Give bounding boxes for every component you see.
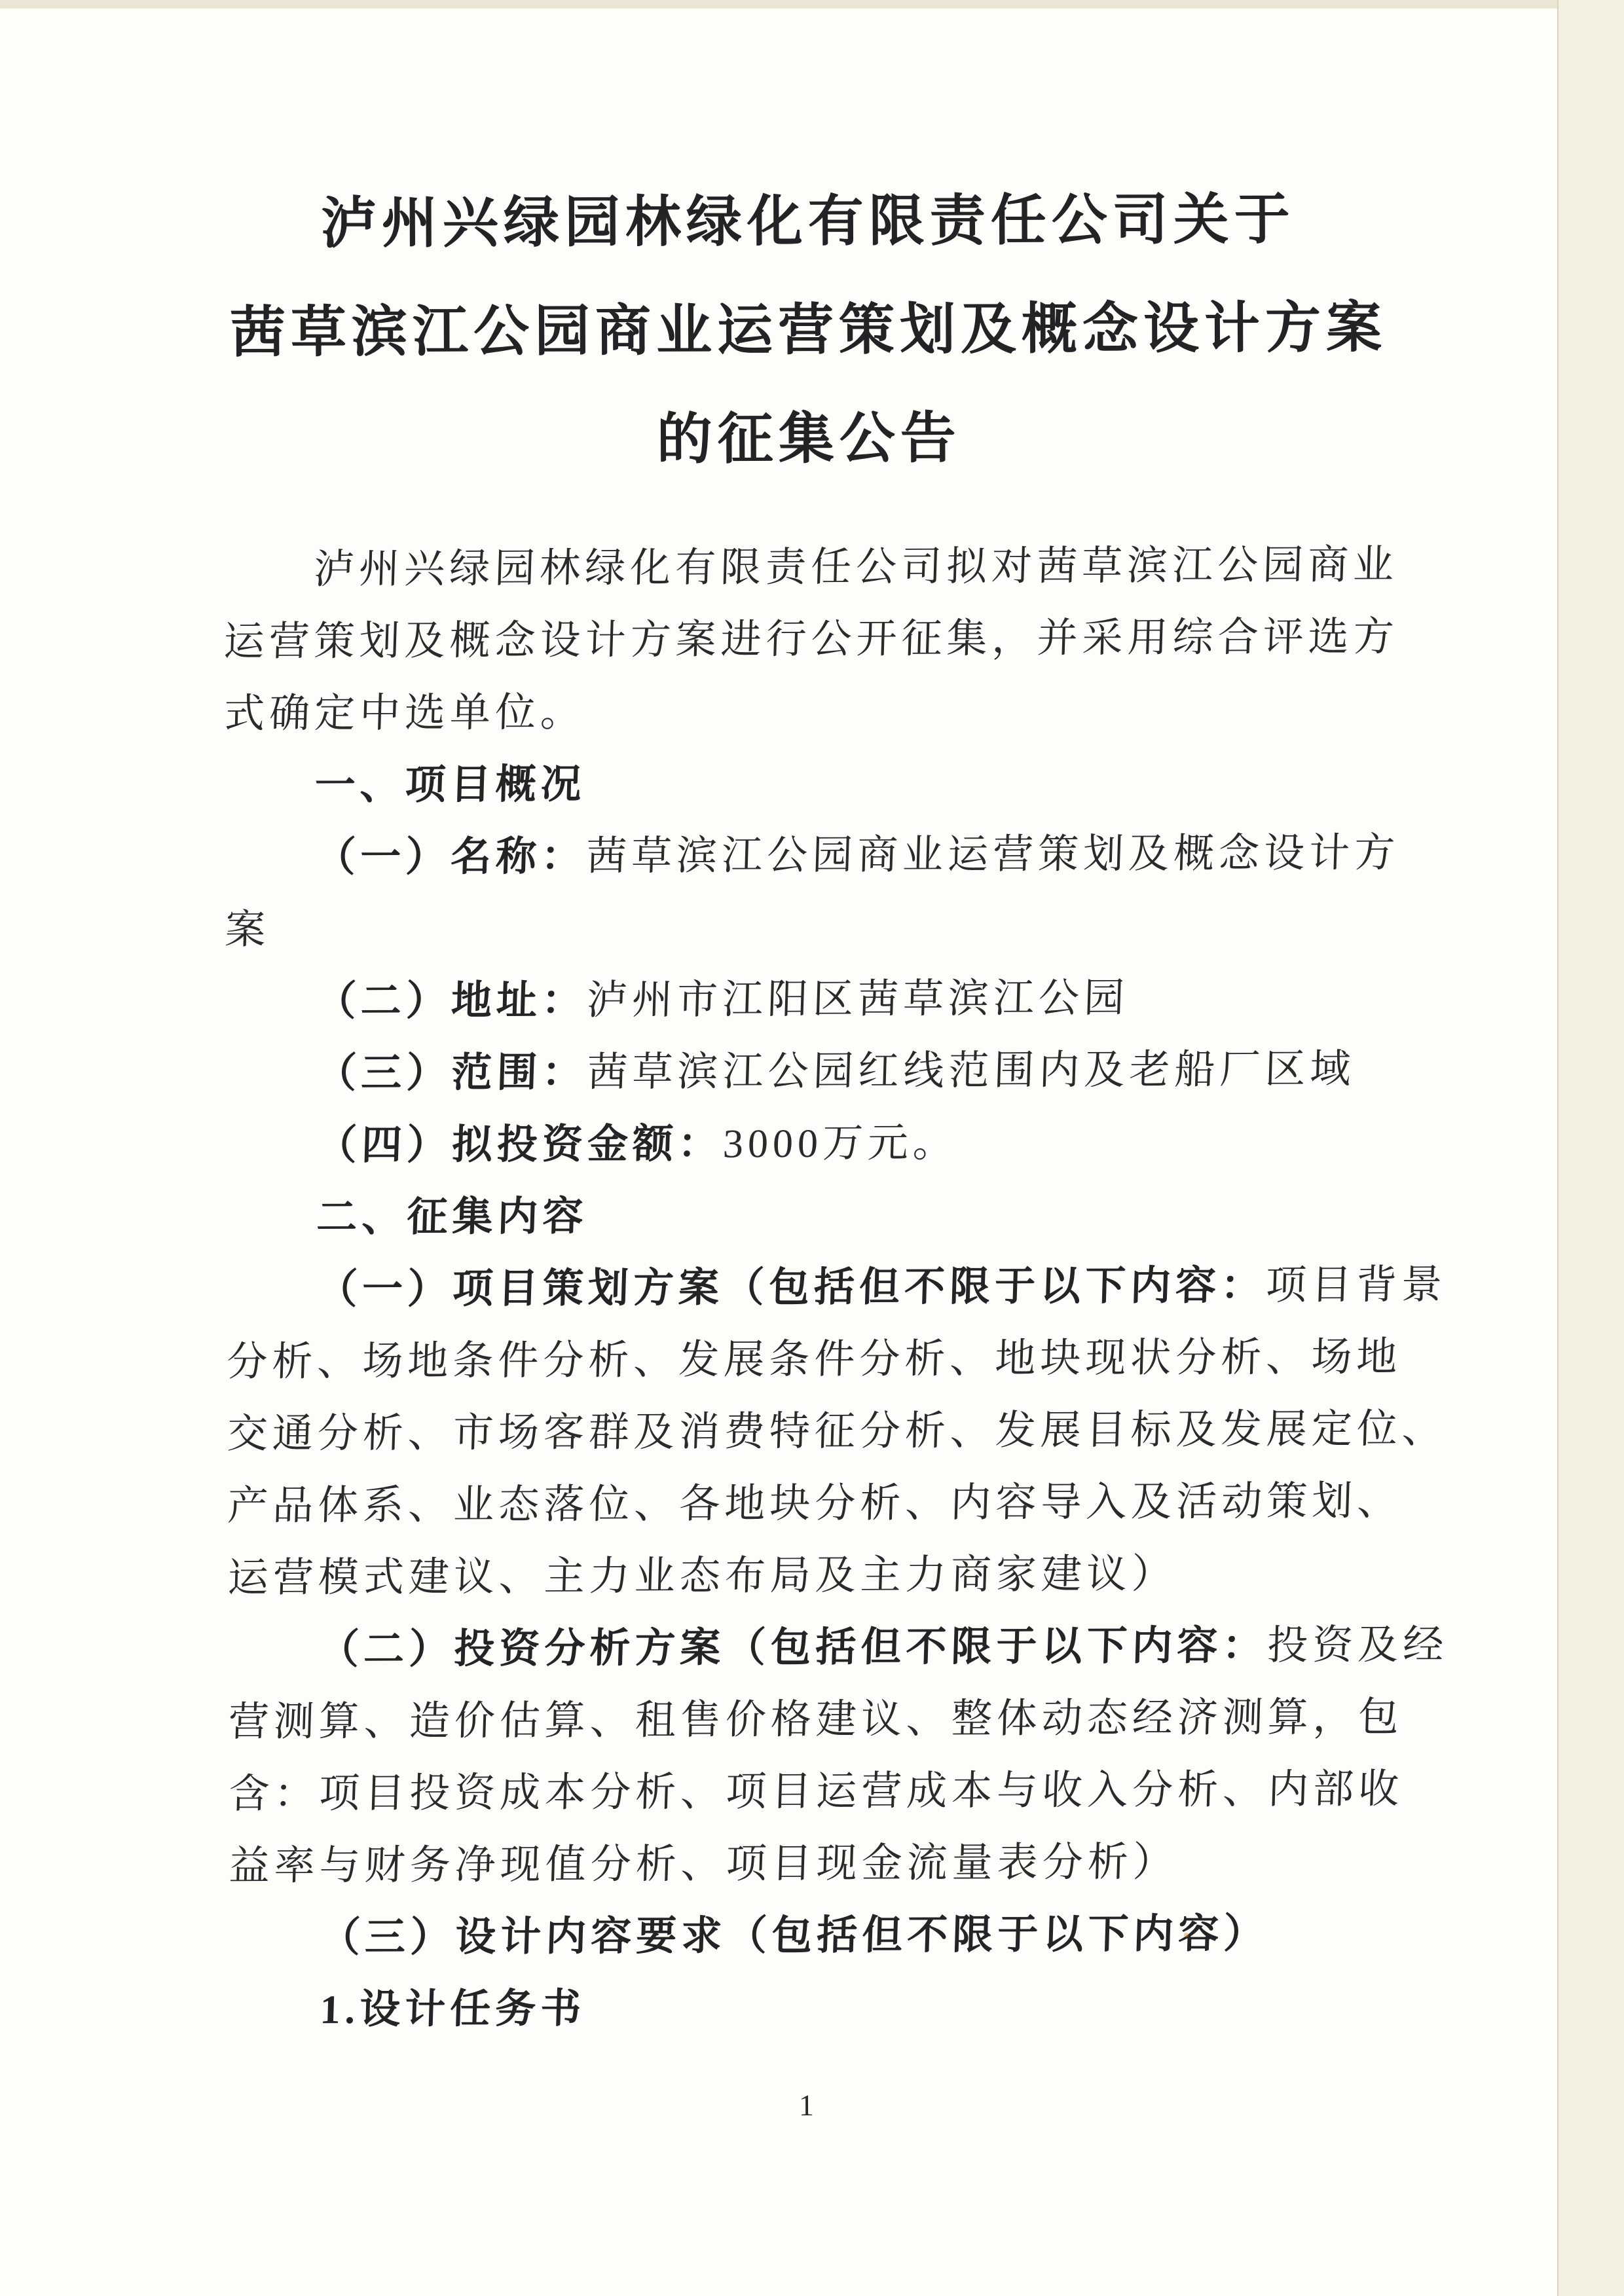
document-line-bold-segment: （一）名称： — [314, 834, 587, 880]
document-line-bold-segment: （三）设计内容要求（包括但不限于以下内容） — [319, 1912, 1269, 1960]
document-line-segment: 泸州兴绿园林绿化有限责任公司拟对茜草滨江公园商业 — [313, 543, 1399, 592]
document-line-segment: 运营模式建议、主力业态布局及主力商家建议） — [227, 1552, 1177, 1601]
document-line: 运营策划及概念设计方案进行公开征集，并采用综合评选方 — [223, 600, 1508, 678]
document-line-segment: 分析、场地条件分析、发展条件分析、地块现状分析、场地 — [226, 1335, 1402, 1385]
document-line: （一）项目策划方案（包括但不限于以下内容：项目背景 — [225, 1248, 1511, 1326]
document-line: 产品体系、业态落位、各地块分析、内容导入及活动策划、 — [227, 1465, 1512, 1542]
document-line-bold-segment: 一、项目概况 — [314, 762, 587, 808]
document-line: 1.设计任务书 — [229, 1969, 1514, 2047]
document-line-bold-segment: 二、征集内容 — [316, 1194, 588, 1240]
document-line: （二）地址：泸州市江阳区茜草滨江公园 — [224, 960, 1509, 1038]
document-line-segment: 含：项目投资成本分析、项目运营成本与收入分析、内部收 — [228, 1767, 1404, 1817]
document-line-segment: 项目背景 — [1265, 1263, 1447, 1308]
document-line-segment: 交通分析、市场客群及消费特征分析、发展目标及发展定位、 — [227, 1407, 1448, 1457]
document-line-bold-segment: （二）地址： — [315, 978, 587, 1024]
document-line-segment: 运营策划及概念设计方案进行公开征集，并采用综合评选方 — [223, 615, 1399, 665]
document-line-segment: 益率与财务净现值分析、项目现金流量表分析） — [229, 1840, 1179, 1889]
document-line: 二、征集内容 — [225, 1176, 1511, 1254]
document-line: 式确定中选单位。 — [223, 672, 1508, 750]
document-title: 泸州兴绿园林绿化有限责任公司关于茜草滨江公园商业运营策划及概念设计方案的征集公告 — [61, 164, 1555, 497]
document-line: 案 — [224, 888, 1509, 966]
document-line-segment: 3000万元。 — [722, 1121, 959, 1167]
document-line: 运营模式建议、主力业态布局及主力商家建议） — [227, 1537, 1512, 1614]
document-line: 益率与财务净现值分析、项目现金流量表分析） — [228, 1825, 1513, 1903]
document-line: 泸州兴绿园林绿化有限责任公司拟对茜草滨江公园商业 — [222, 528, 1507, 606]
page-number: 1 — [230, 2083, 1382, 2128]
document-line: （一）名称：茜草滨江公园商业运营策划及概念设计方 — [223, 816, 1509, 894]
scan-speck — [1184, 1933, 1189, 1937]
document-line-segment: 产品体系、业态落位、各地块分析、内容导入及活动策划、 — [227, 1479, 1403, 1529]
document-line-segment: 式确定中选单位。 — [223, 690, 586, 736]
document-line: 交通分析、市场客群及消费特征分析、发展目标及发展定位、 — [226, 1393, 1511, 1470]
document-line-bold-segment: （二）投资分析方案（包括但不限于以下内容： — [318, 1624, 1268, 1672]
document-line-bold-segment: 1.设计任务书 — [320, 1987, 587, 2033]
document-line-bold-segment: （三）范围： — [315, 1050, 587, 1096]
document-title-line: 的征集公告 — [62, 382, 1556, 497]
document-line-segment: 案 — [225, 908, 271, 953]
scan-page: 泸州兴绿园林绿化有限责任公司关于茜草滨江公园商业运营策划及概念设计方案的征集公告… — [0, 0, 1624, 2296]
document-content: 泸州兴绿园林绿化有限责任公司关于茜草滨江公园商业运营策划及概念设计方案的征集公告… — [0, 0, 1624, 2296]
document-line: （三）范围：茜草滨江公园红线范围内及老船厂区域 — [225, 1032, 1510, 1110]
document-title-line: 泸州兴绿园林绿化有限责任公司关于 — [61, 164, 1555, 280]
document-line-segment: 泸州市江阳区茜草滨江公园 — [586, 976, 1130, 1023]
document-line-bold-segment: （一）项目策划方案（包括但不限于以下内容： — [316, 1264, 1266, 1312]
document-line-segment: 茜草滨江公园红线范围内及老船厂区域 — [586, 1047, 1356, 1095]
document-line: 营测算、造价估算、租售价格建议、整体动态经济测算，包 — [227, 1681, 1513, 1758]
document-line-segment: 茜草滨江公园商业运营策划及概念设计方 — [585, 831, 1400, 879]
document-line-segment: 营测算、造价估算、租售价格建议、整体动态经济测算，包 — [228, 1695, 1404, 1745]
document-line: （三）设计内容要求（包括但不限于以下内容） — [229, 1897, 1514, 1975]
document-line-segment: 投资及经 — [1266, 1623, 1449, 1668]
document-line: 分析、场地条件分析、发展条件分析、地块现状分析、场地 — [226, 1321, 1511, 1398]
document-line: （四）拟投资金额：3000万元。 — [225, 1104, 1510, 1182]
document-line: 一、项目概况 — [223, 744, 1509, 822]
document-body: 泸州兴绿园林绿化有限责任公司拟对茜草滨江公园商业运营策划及概念设计方案进行公开征… — [223, 528, 1513, 2047]
document-line-bold-segment: （四）拟投资金额： — [316, 1122, 724, 1169]
document-title-line: 茜草滨江公园商业运营策划及概念设计方案 — [62, 273, 1555, 388]
document-line: 含：项目投资成本分析、项目运营成本与收入分析、内部收 — [228, 1753, 1513, 1831]
document-line: （二）投资分析方案（包括但不限于以下内容：投资及经 — [227, 1609, 1513, 1686]
